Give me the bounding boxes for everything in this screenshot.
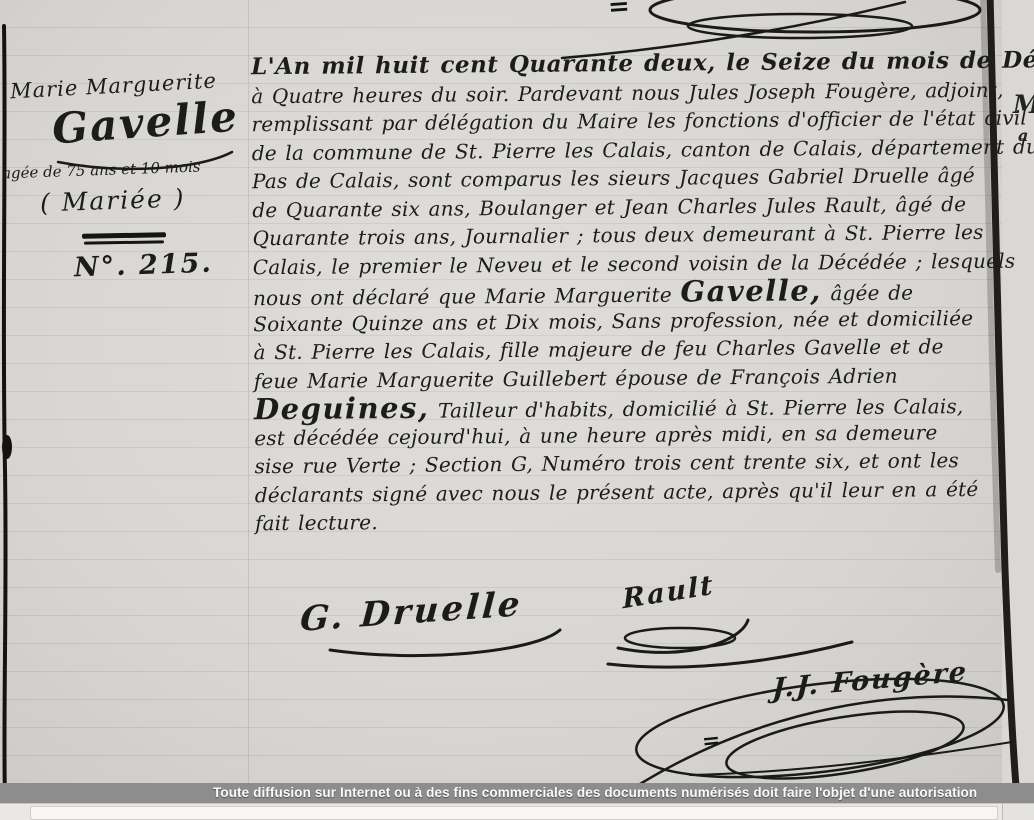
act-body-text: L'An mil huit cent Quarante deux, le Sei… [251, 47, 1003, 538]
margin-marital-status: ( Mariée ) [40, 183, 186, 217]
scrollbar-corner [1002, 803, 1034, 820]
adjacent-page-fragment: M [1013, 90, 1034, 119]
margin-act-number: N°. 215. [74, 248, 214, 284]
margin-fold-line [248, 0, 249, 786]
adjacent-page-fragment: a [1018, 126, 1028, 145]
copyright-banner: Toute diffusion sur Internet ou à des fi… [0, 783, 1034, 803]
equals-mark-bottom: = [701, 727, 722, 755]
archive-scan-viewport: { "document": { "kind": "registre d'état… [0, 0, 1034, 820]
equals-mark-top: = [607, 0, 631, 23]
horizontal-scrollbar-thumb[interactable] [30, 806, 998, 820]
